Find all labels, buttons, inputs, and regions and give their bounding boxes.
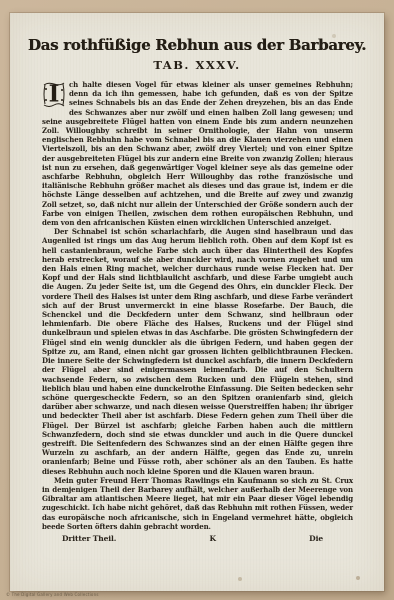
ornamental-initial: I xyxy=(42,81,66,108)
paragraph-one: I ch halte diesen Vogel für etwas kleine… xyxy=(42,80,353,227)
plate-reference: TAB. XXXV. xyxy=(10,58,384,72)
body-text: I ch halte diesen Vogel für etwas kleine… xyxy=(42,80,353,543)
paragraph-one-text: ch halte diesen Vogel für etwas kleiner … xyxy=(42,80,353,227)
foxing-specks xyxy=(10,13,12,15)
page-title: Das rothfüßige Rebhun aus der Barbarey. xyxy=(20,36,374,54)
background-mat: Das rothfüßige Rebhun aus der Barbarey. … xyxy=(0,0,394,600)
initial-letter: I xyxy=(49,82,60,105)
signature-mark: K xyxy=(116,534,309,543)
paragraph-two: Der Schnabel ist schön scharlachfarb, di… xyxy=(42,227,353,475)
paragraph-three: Mein guter Freund Herr Thomas Rawlings e… xyxy=(42,476,353,531)
book-page: Das rothfüßige Rebhun aus der Barbarey. … xyxy=(10,13,384,591)
page-footer: Dritter Theil. K Die xyxy=(42,534,353,543)
catchword: Die xyxy=(309,534,323,543)
section-label: Dritter Theil. xyxy=(62,534,116,543)
attribution-watermark: © The Digital Gallery and Web Collection… xyxy=(6,592,99,597)
